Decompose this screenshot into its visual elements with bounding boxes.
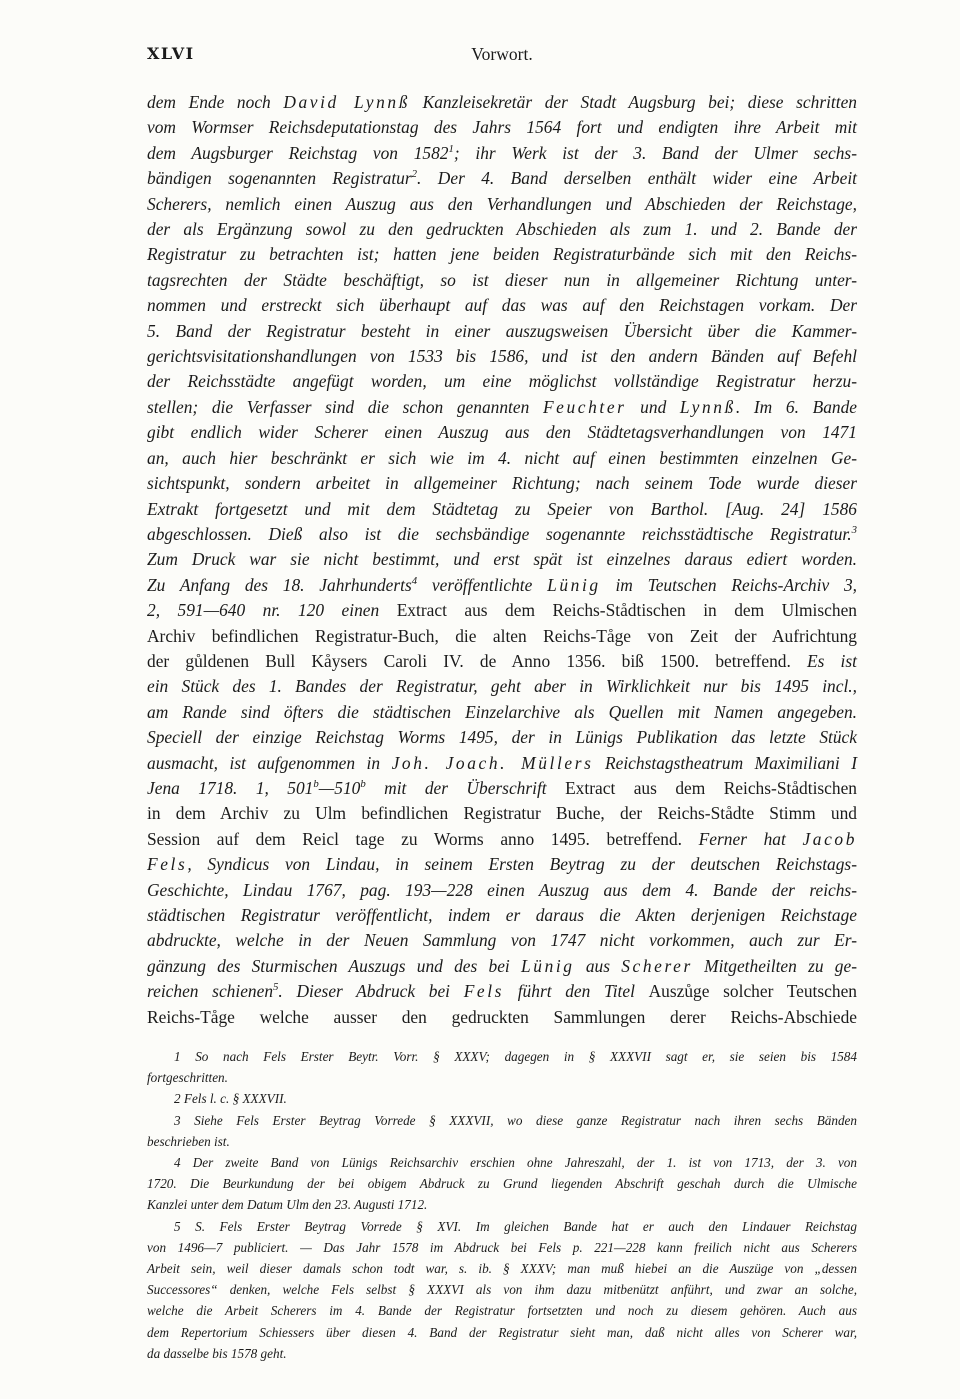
text-line: von 1496—7 publiciert. — Das Jahr 1578 i… — [147, 1237, 857, 1258]
text-segment: der gůldenen Bull Kåysers Caroli IV. de … — [147, 651, 791, 671]
text-segment: gerichtsvisitationshandlungen von 1533 b… — [147, 346, 857, 366]
text-segment: Es ist — [791, 651, 857, 671]
text-segment: der Reichsstädte angefügt worden, um ein… — [147, 371, 857, 391]
text-segment: in dem Archiv zu Ulm befindlichen Regist… — [147, 803, 857, 823]
text-segment: am Rande sind öfters die städtischen Ein… — [147, 702, 857, 722]
text-segment: 5. Band der Registratur besteht in einer… — [147, 321, 857, 341]
page-number: XLVI — [147, 44, 195, 63]
text-line: ausmacht, ist aufgenommen in Joh. Joach.… — [147, 751, 857, 776]
text-line: dem Repertorium Schiessers über diesen 4… — [147, 1322, 857, 1343]
text-line: gerichtsvisitationshandlungen von 1533 b… — [147, 344, 857, 369]
page-title: Vorwort. — [147, 44, 857, 65]
text-segment: Zum Druck war sie nicht bestimmt, und er… — [147, 549, 857, 569]
text-segment: reichen schienen — [147, 981, 273, 1001]
text-segment: ein Stück des 1. Bandes der Registratur,… — [147, 676, 857, 696]
text-segment: ausmacht, ist aufgenommen in — [147, 753, 392, 773]
text-line: gibt endlich wider Scherer einen Auszug … — [147, 420, 857, 445]
text-segment: gibt endlich wider Scherer einen Auszug … — [147, 422, 857, 442]
text-line: bändigen sogenannten Registratur2. Der 4… — [147, 166, 857, 191]
book-page: XLVI Vorwort. dem Ende noch David Lynnß … — [0, 0, 960, 1399]
footnote-reference: 3 — [852, 524, 857, 536]
text-line: Jena 1718. 1, 501b—510b mit der Überschr… — [147, 776, 857, 801]
text-segment: Fels — [147, 854, 187, 874]
text-segment: Zu Anfang des 18. Jahrhunderts — [147, 575, 412, 595]
text-segment: und — [627, 397, 680, 417]
text-segment: sichtspunkt, sondern arbeitet in allgeme… — [147, 473, 857, 493]
text-line: Fels, Syndicus von Lindau, in seinem Ers… — [147, 852, 857, 877]
text-segment: 5 S. Fels Erster Beytrag Vorrede § XVI. … — [174, 1219, 857, 1234]
text-segment: dem Ende noch — [147, 92, 283, 112]
text-line: reichen schienen5. Dieser Abdruck bei Fe… — [147, 979, 857, 1004]
text-segment: Reichs-Tåge welche ausser den gedruckten… — [147, 1007, 857, 1027]
text-segment: Extrakt fortgesetzt und mit dem Städteta… — [147, 499, 857, 519]
text-segment: tagsrechten der Städte beschäftigt, so i… — [147, 270, 857, 290]
text-line: dem Augsburger Reichstag von 15821; ihr … — [147, 141, 857, 166]
text-line: sichtspunkt, sondern arbeitet in allgeme… — [147, 471, 857, 496]
text-line: Successores“ denken, welche Fels selbst … — [147, 1279, 857, 1300]
text-segment: ; ihr Werk ist der 3. Band der Ulmer sec… — [454, 143, 857, 163]
footnotes-block: 1 So nach Fels Erster Beytr. Vorr. § XXX… — [147, 1046, 857, 1364]
text-segment: gänzung des Sturmischen Auszugs und des … — [147, 956, 521, 976]
text-line: nommen und erstreckt sich überhaupt auf … — [147, 293, 857, 318]
text-segment: 4 Der zweite Band von Lünigs Reichsarchi… — [174, 1155, 857, 1170]
text-line: tagsrechten der Städte beschäftigt, so i… — [147, 268, 857, 293]
text-segment: Feuchter — [543, 397, 627, 417]
text-line: stellen; die Verfasser sind die schon ge… — [147, 395, 857, 420]
text-segment: Session auf dem Reicl tage zu Worms anno… — [147, 829, 682, 849]
text-segment: dem Repertorium Schiessers über diesen 4… — [147, 1325, 857, 1340]
text-line: abdruckte, welche in der Neuen Sammlung … — [147, 928, 857, 953]
text-line: vom Wormser Reichsdeputationstag des Jah… — [147, 115, 857, 140]
text-segment: Archiv befindlichen Registratur-Buch, di… — [147, 626, 857, 646]
text-segment: welche die Arbeit Scherers im 4. Bande d… — [147, 1303, 857, 1318]
text-line: Arbeit sein, weil dieser damals schon to… — [147, 1258, 857, 1279]
text-line: städtischen Registratur veröffentlicht, … — [147, 903, 857, 928]
text-segment: Registratur zu betrachten ist; hatten je… — [147, 244, 857, 264]
text-segment: Joh. Joach. Müllers — [392, 753, 594, 773]
text-line: fortgeschritten. — [147, 1067, 857, 1088]
text-line: in dem Archiv zu Ulm befindlichen Regist… — [147, 801, 857, 826]
text-line: Reichs-Tåge welche ausser den gedruckten… — [147, 1005, 857, 1030]
text-segment: —510 — [319, 778, 361, 798]
text-segment: veröffentlichte — [417, 575, 547, 595]
text-line: am Rande sind öfters die städtischen Ein… — [147, 700, 857, 725]
text-segment: . Im 6. Bande — [736, 397, 857, 417]
text-segment: vom Wormser Reichsdeputationstag des Jah… — [147, 117, 857, 137]
text-line: Registratur zu betrachten ist; hatten je… — [147, 242, 857, 267]
text-segment: Jacob — [802, 829, 857, 849]
text-segment: Successores“ denken, welche Fels selbst … — [147, 1282, 857, 1297]
text-segment: dem Augsburger Reichstag von 1582 — [147, 143, 448, 163]
text-segment: , Syndicus von Lindau, in seinem Ersten … — [187, 854, 857, 874]
body-paragraph: dem Ende noch David Lynnß Kanzleisekretä… — [147, 90, 857, 1030]
text-segment: Lynnß — [680, 397, 736, 417]
text-line: Archiv befindlichen Registratur-Buch, di… — [147, 624, 857, 649]
text-segment: . Der 4. Band derselben enthält wider ei… — [417, 168, 857, 188]
text-segment: Mitgetheilten zu ge- — [693, 956, 857, 976]
text-segment: abgeschlossen. Dieß also ist die sechsbä… — [147, 524, 852, 544]
text-segment: Lünig — [521, 956, 575, 976]
text-line: Kanzlei unter dem Datum Ulm den 23. Augu… — [147, 1194, 857, 1215]
text-segment: Extract aus dem Reichs-Stådtischen — [565, 778, 857, 798]
text-line: 1 So nach Fels Erster Beytr. Vorr. § XXX… — [147, 1046, 857, 1067]
text-segment: 2, 591—640 nr. 120 einen — [147, 600, 397, 620]
text-line: dem Ende noch David Lynnß Kanzleisekretä… — [147, 90, 857, 115]
text-segment: Scherers, nemlich einen Auszug aus den V… — [147, 194, 857, 214]
text-segment: 1720. Die Beurkundung der bei obigem Abd… — [147, 1176, 857, 1191]
text-segment: beschrieben ist. — [147, 1134, 230, 1149]
text-line: 1720. Die Beurkundung der bei obigem Abd… — [147, 1173, 857, 1194]
text-segment: stellen; die Verfasser sind die schon ge… — [147, 397, 543, 417]
text-segment: Auszůge solcher Teutschen — [649, 981, 857, 1001]
text-segment: Scherer — [621, 956, 693, 976]
text-segment: an, auch hier beschränkt er sich wie im … — [147, 448, 857, 468]
text-segment: führt den Titel — [504, 981, 649, 1001]
text-segment: David Lynnß — [283, 92, 410, 112]
text-segment: im Teutschen Reichs-Archiv 3, — [601, 575, 857, 595]
text-segment: der als Ergänzung sowol zu den gedruckte… — [147, 219, 857, 239]
text-line: Speciell der einzige Reichstag Worms 149… — [147, 725, 857, 750]
page-header: XLVI Vorwort. — [147, 44, 857, 68]
text-segment: . Dieser Abdruck bei — [278, 981, 463, 1001]
text-segment: 3 Siehe Fels Erster Beytrag Vorrede § XX… — [174, 1113, 857, 1128]
text-line: 3 Siehe Fels Erster Beytrag Vorrede § XX… — [147, 1110, 857, 1131]
text-segment: fortgeschritten. — [147, 1070, 228, 1085]
text-segment: Kanzleisekretär der Stadt Augsburg bei; … — [410, 92, 857, 112]
text-segment: Ferner hat — [682, 829, 802, 849]
text-segment: Jena 1718. 1, 501 — [147, 778, 313, 798]
text-segment: mit der Überschrift — [366, 778, 565, 798]
text-segment: 1 So nach Fels Erster Beytr. Vorr. § XXX… — [174, 1049, 857, 1064]
text-segment: Kanzlei unter dem Datum Ulm den 23. Augu… — [147, 1197, 427, 1212]
text-segment: städtischen Registratur veröffentlicht, … — [147, 905, 857, 925]
text-line: der gůldenen Bull Kåysers Caroli IV. de … — [147, 649, 857, 674]
text-segment: da dasselbe bis 1578 geht. — [147, 1346, 287, 1361]
text-segment: Fels — [464, 981, 504, 1001]
text-segment: Extract aus dem Reichs-Stådtischen in de… — [397, 600, 857, 620]
text-line: gänzung des Sturmischen Auszugs und des … — [147, 954, 857, 979]
text-segment: abdruckte, welche in der Neuen Sammlung … — [147, 930, 857, 950]
text-line: ein Stück des 1. Bandes der Registratur,… — [147, 674, 857, 699]
text-segment: Arbeit sein, weil dieser damals schon to… — [147, 1261, 857, 1276]
text-line: an, auch hier beschränkt er sich wie im … — [147, 446, 857, 471]
text-segment: aus — [575, 956, 622, 976]
text-line: 2 Fels l. c. § XXXVII. — [147, 1088, 857, 1109]
text-segment: Geschichte, Lindau 1767, pag. 193—228 ei… — [147, 880, 857, 900]
text-line: Geschichte, Lindau 1767, pag. 193—228 ei… — [147, 878, 857, 903]
text-segment: nommen und erstreckt sich überhaupt auf … — [147, 295, 857, 315]
text-segment: bändigen sogenannten Registratur — [147, 168, 412, 188]
text-line: beschrieben ist. — [147, 1131, 857, 1152]
text-line: Scherers, nemlich einen Auszug aus den V… — [147, 192, 857, 217]
text-line: Zum Druck war sie nicht bestimmt, und er… — [147, 547, 857, 572]
text-line: der Reichsstädte angefügt worden, um ein… — [147, 369, 857, 394]
text-line: 2, 591—640 nr. 120 einen Extract aus dem… — [147, 598, 857, 623]
text-segment: von 1496—7 publiciert. — Das Jahr 1578 i… — [147, 1240, 857, 1255]
text-line: Extrakt fortgesetzt und mit dem Städteta… — [147, 497, 857, 522]
text-line: Session auf dem Reicl tage zu Worms anno… — [147, 827, 857, 852]
text-segment: 2 Fels l. c. § XXXVII. — [174, 1091, 287, 1106]
text-line: 5 S. Fels Erster Beytrag Vorrede § XVI. … — [147, 1216, 857, 1237]
text-line: der als Ergänzung sowol zu den gedruckte… — [147, 217, 857, 242]
text-line: abgeschlossen. Dieß also ist die sechsbä… — [147, 522, 857, 547]
text-line: welche die Arbeit Scherers im 4. Bande d… — [147, 1300, 857, 1321]
text-segment: Speciell der einzige Reichstag Worms 149… — [147, 727, 857, 747]
text-line: 4 Der zweite Band von Lünigs Reichsarchi… — [147, 1152, 857, 1173]
text-segment: Reichstagstheatrum Maximiliani I — [593, 753, 857, 773]
text-line: da dasselbe bis 1578 geht. — [147, 1343, 857, 1364]
text-line: 5. Band der Registratur besteht in einer… — [147, 319, 857, 344]
text-segment: Lünig — [547, 575, 601, 595]
text-line: Zu Anfang des 18. Jahrhunderts4 veröffen… — [147, 573, 857, 598]
